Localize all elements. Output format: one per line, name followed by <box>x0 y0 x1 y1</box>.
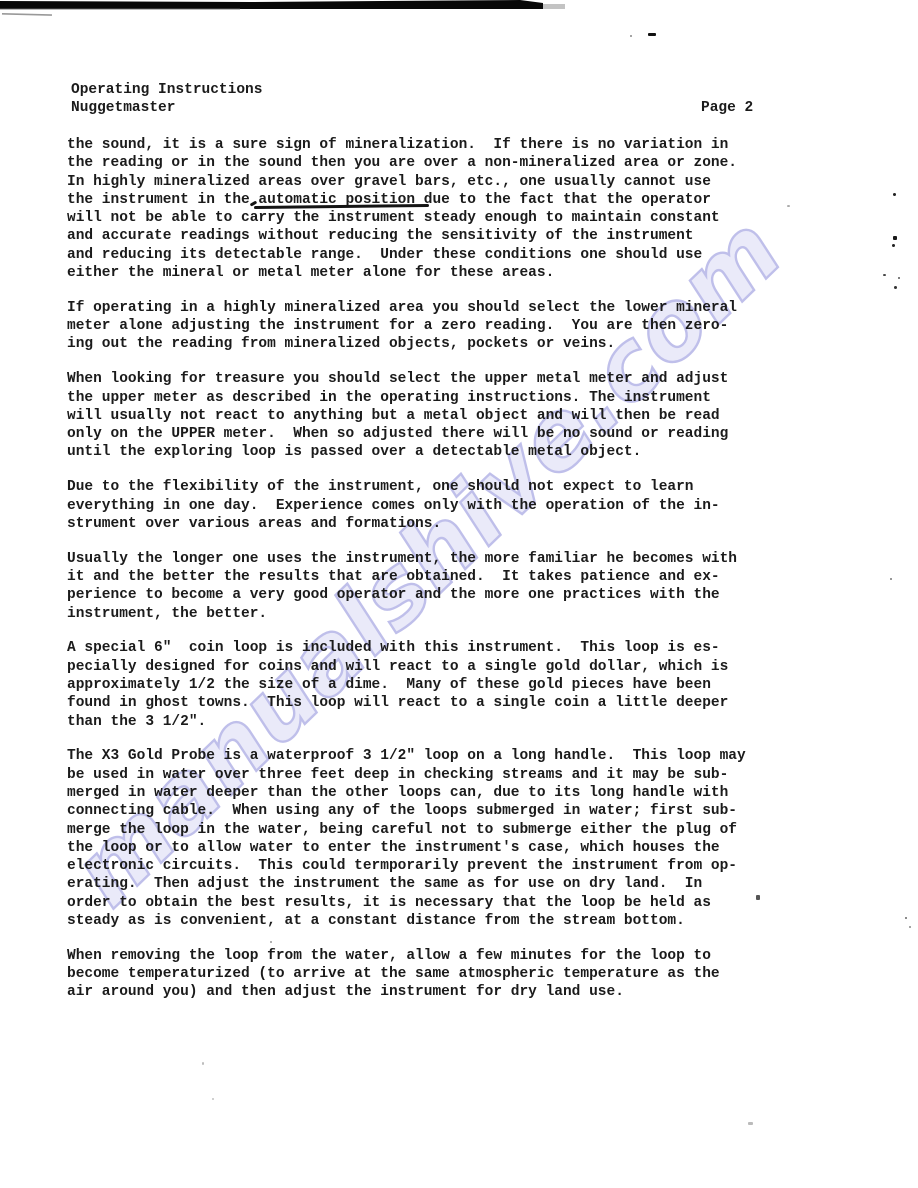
paragraph-1: the sound, it is a sure sign of minerali… <box>67 136 779 282</box>
document-page: manualshive.com Operating Instructions N… <box>0 0 918 1188</box>
scan-speckle <box>648 33 656 36</box>
scan-speckle <box>909 926 911 928</box>
scan-speckle <box>270 941 272 943</box>
top-bar-thin-line <box>2 13 52 16</box>
scan-speckle <box>893 236 897 240</box>
document-body: the sound, it is a sure sign of minerali… <box>67 136 779 1002</box>
scan-speckle <box>893 193 896 196</box>
scan-speckle <box>892 244 895 247</box>
scan-speckle <box>748 1122 753 1125</box>
top-bar-fringe <box>0 8 240 10</box>
scan-speckle <box>202 1062 204 1065</box>
paragraph-4: Due to the flexibility of the instrument… <box>67 478 779 533</box>
header-title: Operating Instructions <box>71 82 262 98</box>
paragraph-2: If operating in a highly mineralized are… <box>67 299 779 354</box>
header-subtitle: Nuggetmaster <box>71 100 175 116</box>
scan-speckle <box>787 205 790 207</box>
paragraph-6: A special 6" coin loop is included with … <box>67 639 779 730</box>
page-number: Page 2 <box>701 100 753 116</box>
top-bar-shape <box>0 0 543 9</box>
paragraph-7: The X3 Gold Probe is a waterproof 3 1/2"… <box>67 747 779 930</box>
scan-speckle <box>212 1098 214 1100</box>
paragraph-8: When removing the loop from the water, a… <box>67 947 779 1002</box>
top-bar-tail <box>543 4 565 9</box>
scan-speckle <box>630 35 632 37</box>
paragraph-5: Usually the longer one uses the instrume… <box>67 550 779 623</box>
scan-speckle <box>905 917 907 919</box>
scan-speckle <box>890 578 892 580</box>
scan-speckle <box>898 277 900 279</box>
scan-speckle <box>894 286 897 289</box>
paragraph-3: When looking for treasure you should sel… <box>67 370 779 461</box>
scan-speckle <box>883 274 886 276</box>
scan-artifact-top-bar <box>0 0 580 22</box>
scan-speckle <box>756 895 760 900</box>
